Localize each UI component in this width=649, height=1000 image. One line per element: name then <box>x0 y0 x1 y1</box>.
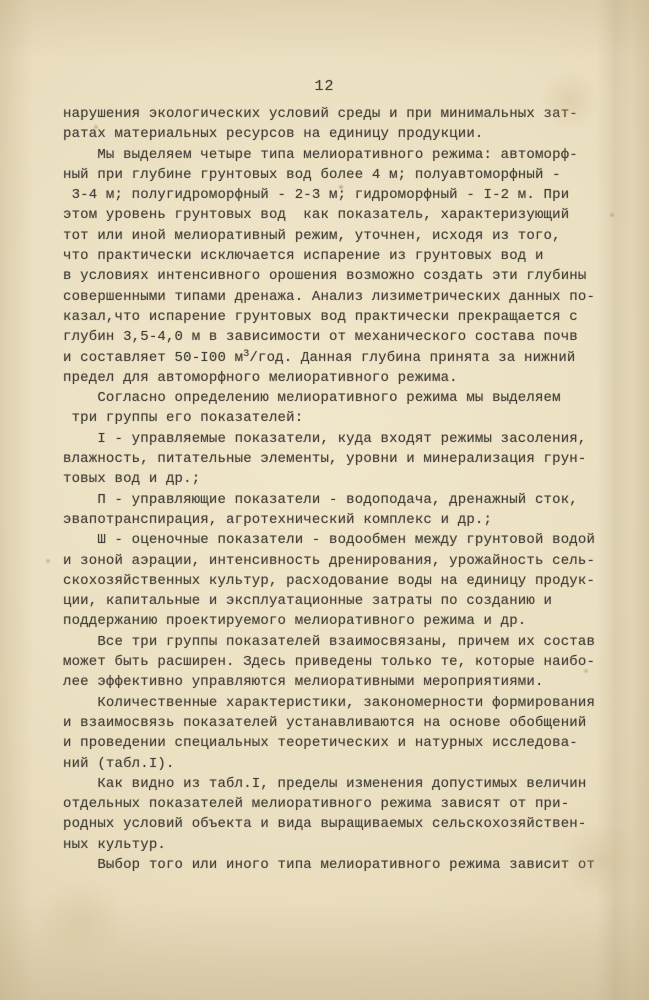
page-text: нарушения экологических условий среды и … <box>63 104 608 875</box>
text-line: поддержанию проектируемого мелиоративног… <box>63 611 608 631</box>
text-segment: /год. Данная глубина принята за нижний <box>249 350 575 366</box>
text-line: глубин 3,5-4,0 м в зависимости от механи… <box>63 327 608 347</box>
text-line: 3-4 м; полугидроморфный - 2-3 м; гидромо… <box>63 185 608 205</box>
text-line: ных культур. <box>63 835 608 855</box>
text-line: Количественные характеристики, закономер… <box>63 693 608 713</box>
text-line: три группы его показателей: <box>63 408 608 428</box>
text-line: ний (табл.I). <box>63 754 608 774</box>
text-line: I - управляемые показатели, куда входят … <box>63 429 608 449</box>
text-line: казал,что испарение грунтовых вод практи… <box>63 307 608 327</box>
text-line: товых вод и др.; <box>63 469 608 489</box>
text-line: Как видно из табл.I, пределы изменения д… <box>63 774 608 794</box>
text-line: отдельных показателей мелиоративного реж… <box>63 794 608 814</box>
text-line: ции, капитальные и эксплуатационные затр… <box>63 591 608 611</box>
text-line: влажность, питательные элементы, уровни … <box>63 449 608 469</box>
text-line: Ш - оценочные показатели - водообмен меж… <box>63 530 608 550</box>
text-line: нарушения экологических условий среды и … <box>63 104 608 124</box>
text-line: тот или иной мелиоративный режим, уточне… <box>63 226 608 246</box>
text-line: эвапотранспирация, агротехнический компл… <box>63 510 608 530</box>
text-line: и зоной аэрации, интенсивность дренирова… <box>63 551 608 571</box>
text-line: в условиях интенсивного орошения возможн… <box>63 266 608 286</box>
text-line: лее эффективно управляются мелиоративным… <box>63 672 608 692</box>
text-line: и составляет 50-I00 м3/год. Данная глуби… <box>63 348 608 368</box>
text-line: скохозяйственных культур, расходование в… <box>63 571 608 591</box>
text-line: может быть расширен. Здесь приведены тол… <box>63 652 608 672</box>
text-line: П - управляющие показатели - водоподача,… <box>63 490 608 510</box>
text-line: Все три группы показателей взаимосвязаны… <box>63 632 608 652</box>
text-line: предел для автоморфного мелиоративного р… <box>63 368 608 388</box>
text-line: что практически исключается испарение из… <box>63 246 608 266</box>
text-segment: и составляет 50-I00 м <box>63 350 243 366</box>
scanned-document-page: 12 нарушения экологических условий среды… <box>0 0 649 1000</box>
text-line: и взаимосвязь показателей устанавливаютс… <box>63 713 608 733</box>
text-line: Согласно определению мелиоративного режи… <box>63 388 608 408</box>
text-line: этом уровень грунтовых вод как показател… <box>63 205 608 225</box>
superscript: 3 <box>243 349 249 360</box>
text-line: ный при глубине грунтовых вод более 4 м;… <box>63 165 608 185</box>
text-line: Мы выделяем четыре типа мелиоративного р… <box>63 145 608 165</box>
page-number: 12 <box>0 78 649 95</box>
text-line: и проведении специальных теоретических и… <box>63 733 608 753</box>
text-line: совершенными типами дренажа. Анализ лизи… <box>63 287 608 307</box>
text-line: родных условий объекта и вида выращиваем… <box>63 814 608 834</box>
text-line: Выбор того или иного типа мелиоративного… <box>63 855 608 875</box>
text-line: ратах материальных ресурсов на единицу п… <box>63 124 608 144</box>
